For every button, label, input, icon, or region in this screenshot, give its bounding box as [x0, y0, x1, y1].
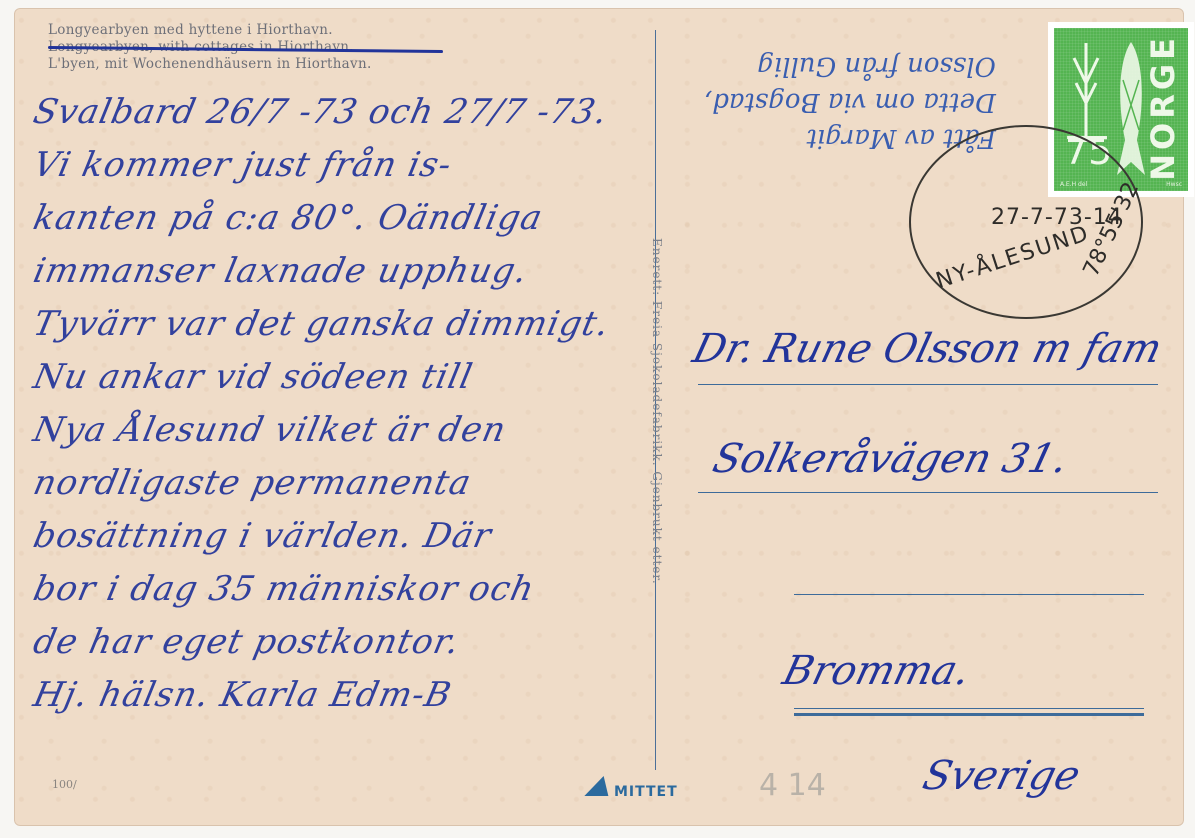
address-name: Dr. Rune Olsson m fam — [688, 326, 1166, 372]
note-line: Olsson från Gullig — [704, 48, 996, 84]
pencil-note: 4 14 — [759, 768, 826, 803]
handwritten-message: Svalbard 26/7 -73 och 27/7 -73. Vi komme… — [34, 86, 654, 722]
message-line: nordligaste permanenta — [28, 457, 659, 510]
postmark: 27-7-73-14 NY-ÅLESUND 78°55'32 — [909, 125, 1143, 319]
address-street: Solkeråvägen 31. — [708, 436, 1072, 482]
postcard-back: Longyearbyen med hyttene i Hiorthavn. Lo… — [14, 8, 1184, 826]
card-number: 100/ — [52, 778, 77, 791]
message-line: kanten på c:a 80°. Oändliga — [28, 192, 659, 245]
stamp-country: NORGE — [1144, 34, 1182, 181]
upside-down-note: Fått av Margit Detta om via Bogstad, Ols… — [704, 48, 996, 156]
address-country: Sverige — [918, 753, 1084, 799]
caption-german: L'byen, mit Wochenendhäusern in Hiorthav… — [48, 56, 372, 73]
stamp-engraver: Hwsc — [1166, 181, 1182, 188]
message-line: Svalbard 26/7 -73 och 27/7 -73. — [28, 86, 659, 139]
divider-copyright-text: Enerett: Freia Sjokoladefabrikk. Gjenbru… — [650, 238, 664, 585]
publisher-name: MITTET — [614, 784, 678, 800]
message-line: Nya Ålesund vilket är den — [28, 404, 659, 457]
caption-norwegian: Longyearbyen med hyttene i Hiorthavn. — [48, 22, 372, 39]
message-line: Vi kommer just från is- — [28, 139, 659, 192]
note-line: Detta om via Bogstad, — [704, 84, 996, 120]
address-rule-4 — [794, 708, 1144, 709]
address-rule-4-thick — [794, 713, 1144, 716]
address-rule-2 — [698, 492, 1158, 493]
address-city: Bromma. — [778, 648, 975, 694]
message-line: de har eget postkontor. — [28, 616, 659, 669]
signature-line: Hj. hälsn. Karla Edm-B — [28, 669, 659, 722]
message-line: Tyvärr var det ganska dimmigt. — [28, 298, 659, 351]
message-line: bosättning i världen. Där — [28, 510, 659, 563]
address-rule-3 — [794, 594, 1144, 595]
message-line: Nu ankar vid södeen till — [28, 351, 659, 404]
address-rule-1 — [698, 384, 1158, 385]
postmark-place: NY-ÅLESUND — [933, 221, 1093, 294]
publisher-logo-icon — [584, 776, 615, 796]
message-line: immanser laxnade upphug. — [28, 245, 659, 298]
message-line: bor i dag 35 människor och — [28, 563, 659, 616]
